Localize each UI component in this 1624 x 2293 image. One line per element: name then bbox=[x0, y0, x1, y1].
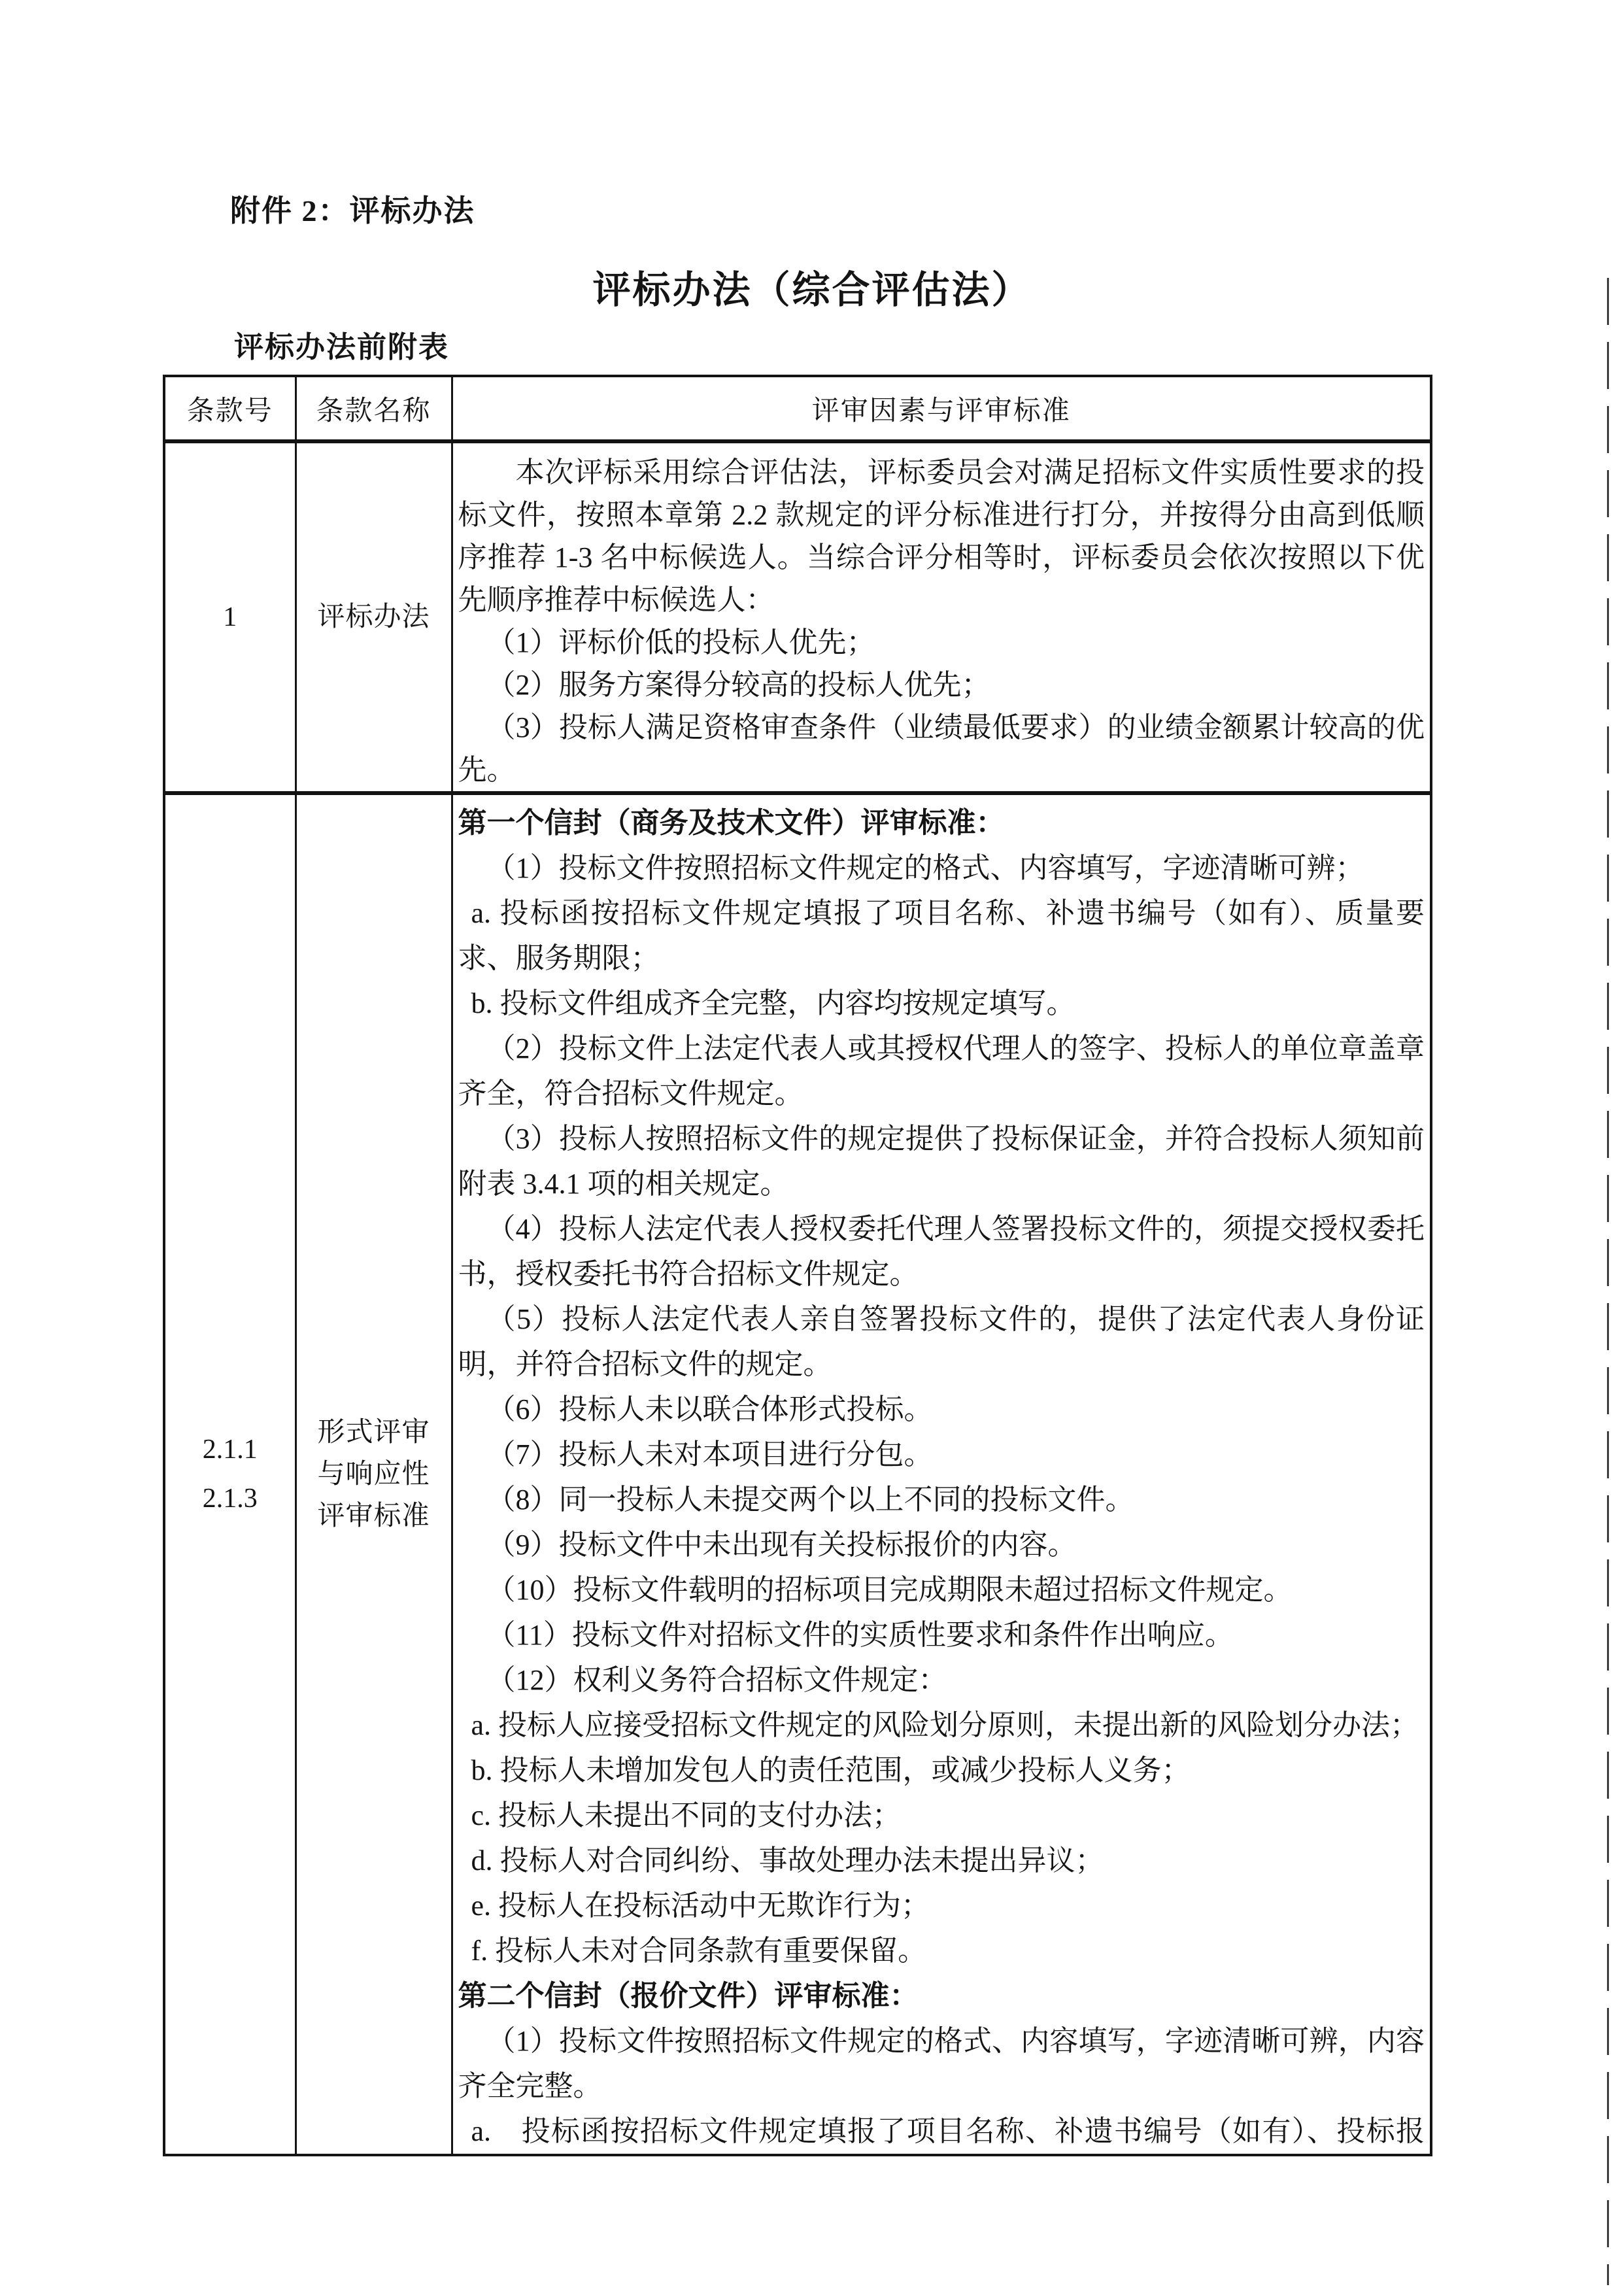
criteria-paragraph: （1）投标文件按照招标文件规定的格式、内容填写，字迹清晰可辨，内容齐全完整。 bbox=[458, 2018, 1425, 2109]
clause-no-line: 2.1.3 bbox=[165, 1474, 295, 1523]
column-header-clause-name: 条款名称 bbox=[296, 376, 452, 441]
criteria-paragraph: （3）投标人满足资格审查条件（业绩最低要求）的业绩金额累计较高的优先。 bbox=[458, 706, 1425, 791]
criteria-paragraph: （12）权利义务符合招标文件规定： bbox=[458, 1657, 1425, 1703]
cell-clause-no: 1 bbox=[164, 441, 296, 793]
criteria-paragraph: （4）投标人法定代表人授权委托代理人签署投标文件的，须提交授权委托书，授权委托书… bbox=[458, 1206, 1425, 1297]
criteria-paragraph: c. 投标人未提出不同的支付办法； bbox=[458, 1793, 1425, 1838]
cell-clause-name: 评标办法 bbox=[296, 441, 452, 793]
criteria-paragraph: （2）服务方案得分较高的投标人优先； bbox=[458, 664, 1425, 706]
clause-no-line: 2.1.1 bbox=[165, 1425, 295, 1474]
criteria-paragraph: （9）投标文件中未出现有关投标报价的内容。 bbox=[458, 1522, 1425, 1567]
clause-name-line: 评审标准 bbox=[297, 1495, 451, 1537]
criteria-paragraph: （1）投标文件按照招标文件规定的格式、内容填写，字迹清晰可辨； bbox=[458, 845, 1425, 891]
page-title: 评标办法（综合评估法） bbox=[0, 259, 1624, 314]
cell-criteria: 本次评标采用综合评估法，评标委员会对满足招标文件实质性要求的投标文件，按照本章第… bbox=[452, 441, 1431, 793]
cell-clause-name: 形式评审与响应性评审标准 bbox=[296, 793, 452, 2155]
cell-clause-no: 2.1.12.1.3 bbox=[164, 793, 296, 2155]
table-row: 1评标办法本次评标采用综合评估法，评标委员会对满足招标文件实质性要求的投标文件，… bbox=[164, 441, 1431, 793]
criteria-paragraph: f. 投标人未对合同条款有重要保留。 bbox=[458, 1928, 1425, 1973]
criteria-paragraph: a. 投标函按招标文件规定填报了项目名称、补遗书编号（如有）、质量要求、服务期限… bbox=[458, 891, 1425, 981]
table-header-row: 条款号条款名称评审因素与评审标准 bbox=[164, 376, 1431, 441]
criteria-paragraph: （8）同一投标人未提交两个以上不同的投标文件。 bbox=[458, 1477, 1425, 1522]
criteria-paragraph: b. 投标文件组成齐全完整，内容均按规定填写。 bbox=[458, 981, 1425, 1026]
clause-no-line: 1 bbox=[165, 593, 295, 642]
criteria-paragraph: （3）投标人按照招标文件的规定提供了投标保证金，并符合投标人须知前附表 3.4.… bbox=[458, 1116, 1425, 1206]
criteria-paragraph: e. 投标人在投标活动中无欺诈行为； bbox=[458, 1883, 1425, 1928]
cell-criteria: 第一个信封（商务及技术文件）评审标准：（1）投标文件按照招标文件规定的格式、内容… bbox=[452, 793, 1431, 2155]
criteria-paragraph: 第二个信封（报价文件）评审标准： bbox=[458, 1973, 1425, 2018]
table-caption: 评标办法前附表 bbox=[234, 323, 449, 365]
criteria-paragraph: 本次评标采用综合评估法，评标委员会对满足招标文件实质性要求的投标文件，按照本章第… bbox=[458, 451, 1425, 621]
column-header-clause-no: 条款号 bbox=[164, 376, 296, 441]
column-header-criteria: 评审因素与评审标准 bbox=[452, 376, 1431, 441]
clause-name-line: 评标办法 bbox=[297, 596, 451, 638]
criteria-paragraph: （5）投标人法定代表人亲自签署投标文件的，提供了法定代表人身份证明，并符合招标文… bbox=[458, 1297, 1425, 1387]
criteria-paragraph: （2）投标文件上法定代表人或其授权代理人的签字、投标人的单位章盖章齐全，符合招标… bbox=[458, 1026, 1425, 1116]
document-page: 附件 2：评标办法 评标办法（综合评估法） 评标办法前附表 条款号条款名称评审因… bbox=[0, 0, 1624, 2293]
criteria-paragraph: （6）投标人未以联合体形式投标。 bbox=[458, 1387, 1425, 1432]
criteria-paragraph: a. 投标函按招标文件规定填报了项目名称、补遗书编号（如有）、投标报 bbox=[458, 2109, 1425, 2154]
clause-name-line: 形式评审 bbox=[297, 1412, 451, 1453]
criteria-paragraph: b. 投标人未增加发包人的责任范围，或减少投标人义务； bbox=[458, 1748, 1425, 1793]
criteria-paragraph: （1）评标价低的投标人优先； bbox=[458, 621, 1425, 664]
criteria-paragraph: d. 投标人对合同纠纷、事故处理办法未提出异议； bbox=[458, 1838, 1425, 1883]
clause-name-line: 与响应性 bbox=[297, 1453, 451, 1495]
criteria-paragraph: 第一个信封（商务及技术文件）评审标准： bbox=[458, 800, 1425, 845]
criteria-paragraph: （11）投标文件对招标文件的实质性要求和条件作出响应。 bbox=[458, 1612, 1425, 1657]
attachment-label: 附件 2：评标办法 bbox=[230, 187, 475, 230]
criteria-paragraph: （10）投标文件载明的招标项目完成期限未超过招标文件规定。 bbox=[458, 1567, 1425, 1612]
table-row: 2.1.12.1.3形式评审与响应性评审标准第一个信封（商务及技术文件）评审标准… bbox=[164, 793, 1431, 2155]
evaluation-criteria-table: 条款号条款名称评审因素与评审标准 1评标办法本次评标采用综合评估法，评标委员会对… bbox=[163, 375, 1432, 2156]
criteria-paragraph: a. 投标人应接受招标文件规定的风险划分原则，未提出新的风险划分办法； bbox=[458, 1703, 1425, 1748]
scan-artifact-line bbox=[1607, 278, 1609, 2285]
criteria-paragraph: （7）投标人未对本项目进行分包。 bbox=[458, 1432, 1425, 1477]
